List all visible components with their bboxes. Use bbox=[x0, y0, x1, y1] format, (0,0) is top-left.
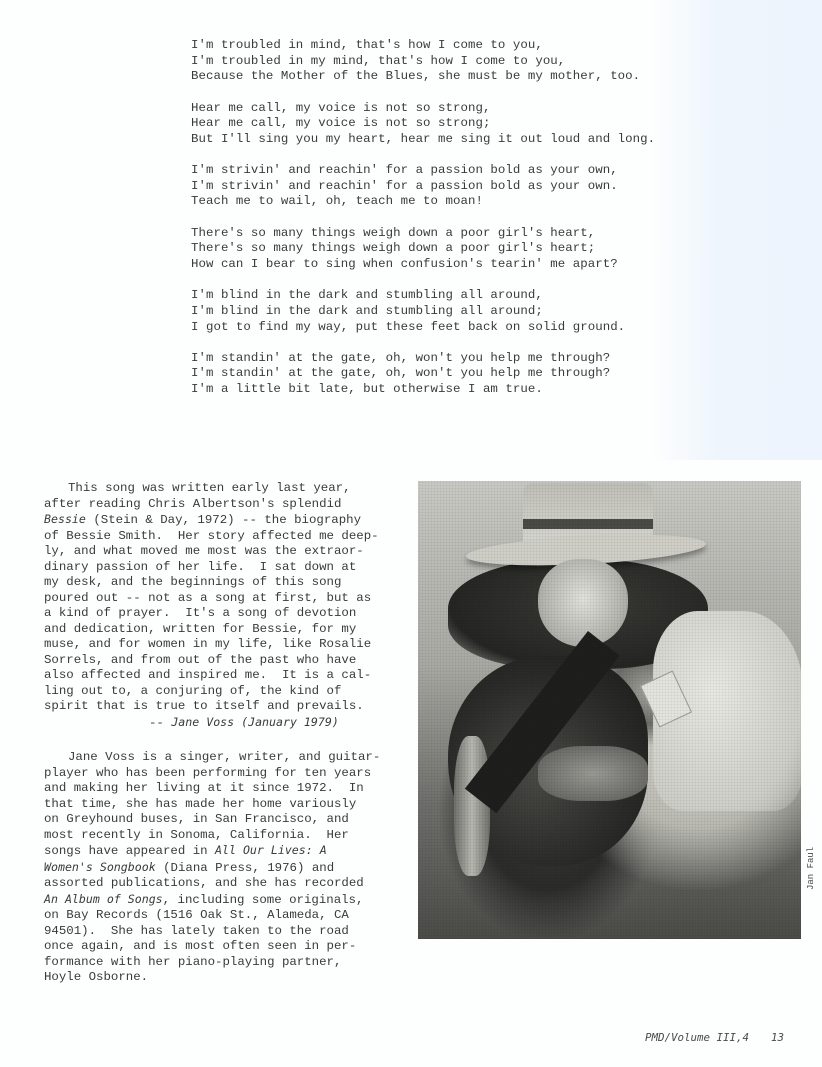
lyric-line: I'm strivin' and reachin' for a passion … bbox=[191, 163, 671, 179]
lyric-line: I got to find my way, put these feet bac… bbox=[191, 320, 671, 336]
text-line: An Album of Songs, including some origin… bbox=[44, 892, 374, 909]
page-tint bbox=[652, 0, 822, 460]
lyric-line: I'm standin' at the gate, oh, won't you … bbox=[191, 366, 671, 382]
text-line: that time, she has made her home various… bbox=[44, 797, 374, 813]
lyric-line: Because the Mother of the Blues, she mus… bbox=[191, 69, 671, 85]
signature-name: Jane Voss (January 1979) bbox=[171, 715, 339, 729]
lyrics-stanza: Hear me call, my voice is not so strong,… bbox=[191, 101, 671, 148]
author-bio: Jane Voss is a singer, writer, and guita… bbox=[44, 750, 374, 986]
lyrics-stanza: I'm troubled in mind, that's how I come … bbox=[191, 38, 671, 85]
lyric-line: Teach me to wail, oh, teach me to moan! bbox=[191, 194, 671, 210]
text-line: Bessie (Stein & Day, 1972) -- the biogra… bbox=[44, 512, 374, 529]
lyric-line: Hear me call, my voice is not so strong; bbox=[191, 116, 671, 132]
book-title: All Our Lives: A bbox=[215, 843, 327, 857]
text-line: on Greyhound buses, in San Francisco, an… bbox=[44, 812, 374, 828]
text-line: 94501). She has lately taken to the road bbox=[44, 924, 374, 940]
lyric-line: I'm troubled in my mind, that's how I co… bbox=[191, 54, 671, 70]
signature-dash: -- bbox=[149, 716, 171, 730]
lyric-line: I'm blind in the dark and stumbling all … bbox=[191, 304, 671, 320]
text-line: muse, and for women in my life, like Ros… bbox=[44, 637, 374, 653]
lyric-line: I'm a little bit late, but otherwise I a… bbox=[191, 382, 671, 398]
lyric-line: There's so many things weigh down a poor… bbox=[191, 226, 671, 242]
text-line: once again, and is most often seen in pe… bbox=[44, 939, 374, 955]
text-line: Sorrels, and from out of the past who ha… bbox=[44, 653, 374, 669]
text-line: player who has been performing for ten y… bbox=[44, 766, 374, 782]
lyric-line: How can I bear to sing when confusion's … bbox=[191, 257, 671, 273]
text-line: my desk, and the beginnings of this song bbox=[44, 575, 374, 591]
text-line: ly, and what moved me most was the extra… bbox=[44, 544, 374, 560]
book-title-bessie: Bessie bbox=[44, 512, 86, 526]
photo-jane-voss bbox=[418, 481, 801, 939]
text-line: Women's Songbook (Diana Press, 1976) and bbox=[44, 860, 374, 877]
text-line: Jane Voss is a singer, writer, and guita… bbox=[44, 750, 374, 766]
text-fragment: , including some originals, bbox=[163, 893, 364, 907]
page-footer: PMD/Volume III,413 bbox=[645, 1031, 784, 1045]
page-number: 13 bbox=[771, 1031, 784, 1044]
text-line: most recently in Sonoma, California. Her bbox=[44, 828, 374, 844]
text-line: also affected and inspired me. It is a c… bbox=[44, 668, 374, 684]
album-title: An Album of Songs bbox=[44, 892, 163, 906]
lyric-line: I'm blind in the dark and stumbling all … bbox=[191, 288, 671, 304]
text-line: songs have appeared in All Our Lives: A bbox=[44, 843, 374, 860]
lyrics-stanza: I'm strivin' and reachin' for a passion … bbox=[191, 163, 671, 210]
text-line: poured out -- not as a song at first, bu… bbox=[44, 591, 374, 607]
text-line: of Bessie Smith. Her story affected me d… bbox=[44, 529, 374, 545]
text-line: spirit that is true to itself and prevai… bbox=[44, 699, 374, 715]
text-line: on Bay Records (1516 Oak St., Alameda, C… bbox=[44, 908, 374, 924]
lyric-line: But I'll sing you my heart, hear me sing… bbox=[191, 132, 671, 148]
text-line: a kind of prayer. It's a song of devotio… bbox=[44, 606, 374, 622]
text-line: formance with her piano-playing partner, bbox=[44, 955, 374, 971]
text-line: This song was written early last year, bbox=[44, 481, 374, 497]
photo-credit: Jan Faul bbox=[806, 847, 816, 890]
author-note: This song was written early last year, a… bbox=[44, 481, 374, 731]
book-title: Women's Songbook bbox=[44, 860, 156, 874]
text-line: ling out to, a conjuring of, the kind of bbox=[44, 684, 374, 700]
text-line: and making her living at it since 1972. … bbox=[44, 781, 374, 797]
lyric-line: I'm standin' at the gate, oh, won't you … bbox=[191, 351, 671, 367]
text-line: and dedication, written for Bessie, for … bbox=[44, 622, 374, 638]
text-line: Hoyle Osborne. bbox=[44, 970, 374, 986]
lyric-line: I'm strivin' and reachin' for a passion … bbox=[191, 179, 671, 195]
text-fragment: (Stein & Day, 1972) -- the biography bbox=[86, 513, 361, 527]
text-line: assorted publications, and she has recor… bbox=[44, 876, 374, 892]
song-lyrics: I'm troubled in mind, that's how I come … bbox=[191, 38, 671, 413]
lyrics-stanza: I'm blind in the dark and stumbling all … bbox=[191, 288, 671, 335]
text-line: after reading Chris Albertson's splendid bbox=[44, 497, 374, 513]
signature: -- Jane Voss (January 1979) bbox=[44, 715, 374, 732]
photo-grain bbox=[418, 481, 801, 939]
lyric-line: There's so many things weigh down a poor… bbox=[191, 241, 671, 257]
publication-info: PMD/Volume III,4 bbox=[645, 1031, 749, 1044]
text-fragment: (Diana Press, 1976) and bbox=[156, 861, 334, 875]
lyric-line: Hear me call, my voice is not so strong, bbox=[191, 101, 671, 117]
lyrics-stanza: I'm standin' at the gate, oh, won't you … bbox=[191, 351, 671, 398]
text-line: dinary passion of her life. I sat down a… bbox=[44, 560, 374, 576]
text-fragment: songs have appeared in bbox=[44, 844, 215, 858]
lyrics-stanza: There's so many things weigh down a poor… bbox=[191, 226, 671, 273]
lyric-line: I'm troubled in mind, that's how I come … bbox=[191, 38, 671, 54]
